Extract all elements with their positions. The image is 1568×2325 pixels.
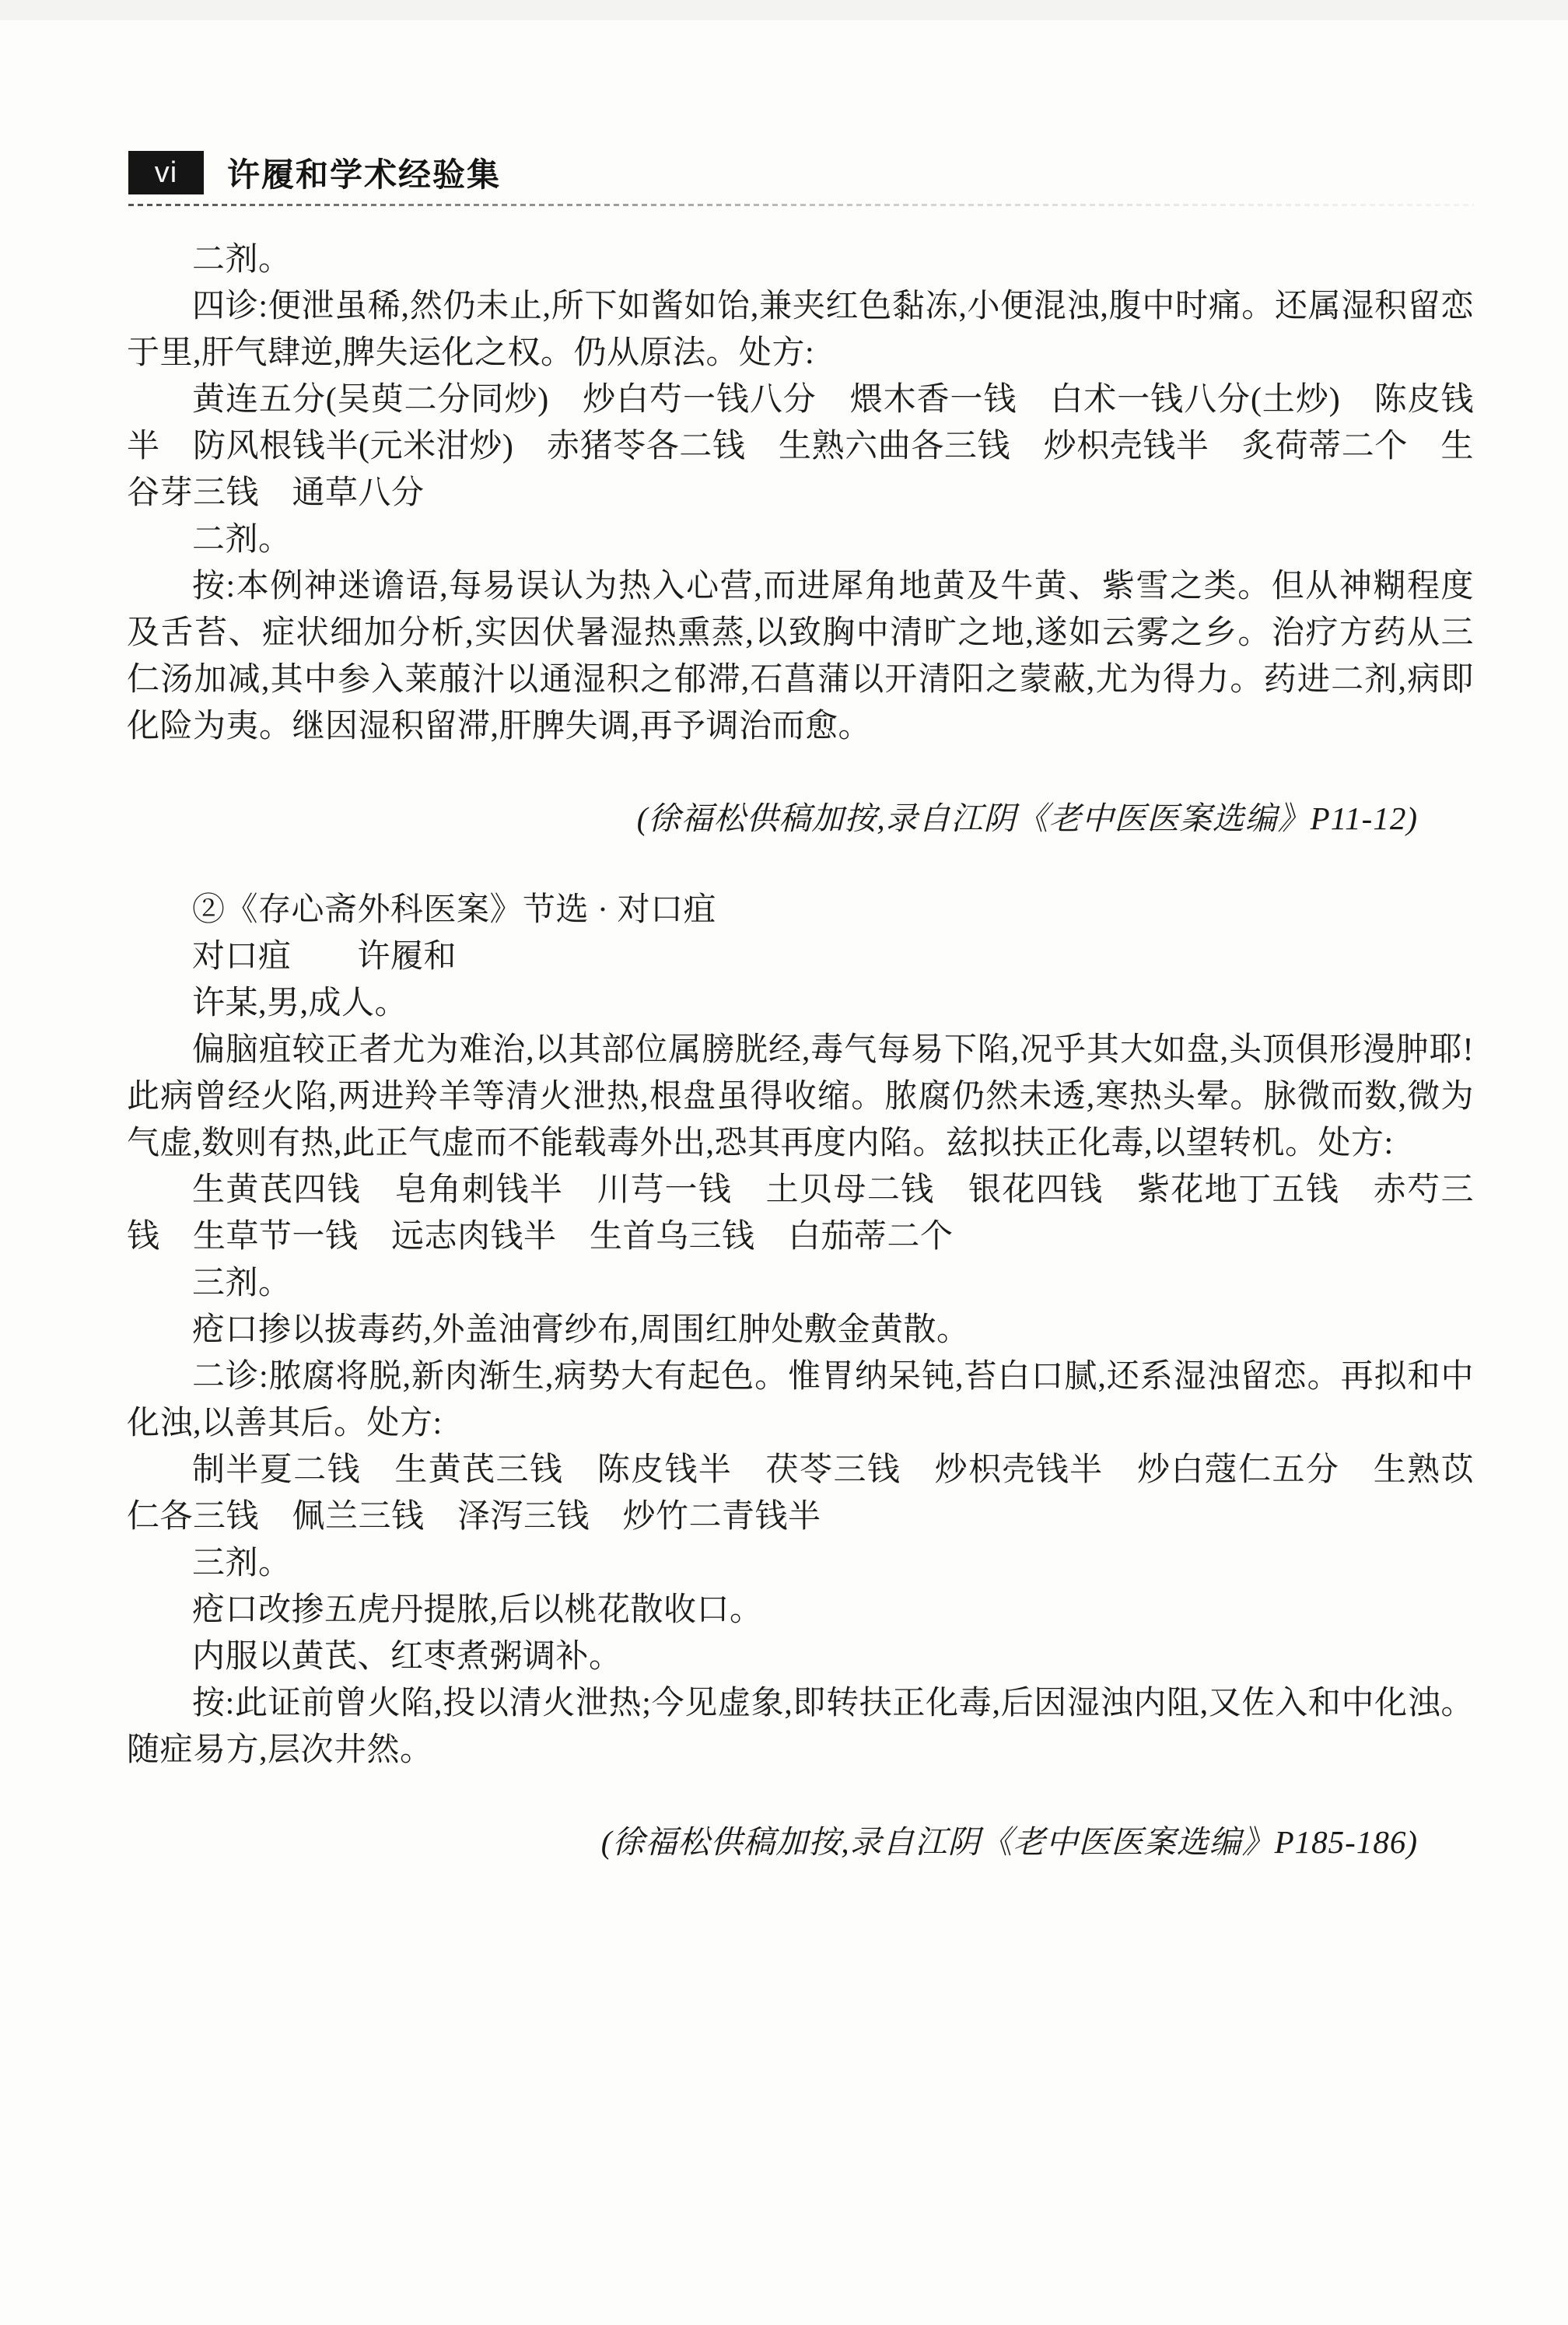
page-number: vi (155, 158, 177, 187)
prescription-3: 制半夏二钱 生黄芪三钱 陈皮钱半 茯苓三钱 炒枳壳钱半 炒白蔻仁五分 生熟苡仁各… (127, 1447, 1474, 1540)
page-number-badge: vi (128, 151, 204, 194)
case-title-line: 对口疽 许履和 (127, 933, 1474, 980)
book-title: 许履和学术经验集 (227, 149, 501, 196)
para-second-visit: 二诊:脓腐将脱,新肉渐生,病势大有起色。惟胃纳呆钝,苔白口腻,还系湿浊留恋。再拟… (127, 1353, 1474, 1447)
section-heading-case-2: ②《存心斋外科医案》节选 · 对口疽 (127, 887, 1474, 933)
page-header: vi 许履和学术经验集 (128, 149, 1474, 206)
external-treatment-1: 疮口掺以拔毒药,外盖油膏纱布,周围红肿处敷金黄散。 (127, 1307, 1474, 1353)
prescription-2: 生黄芪四钱 皂角刺钱半 川芎一钱 土贝母二钱 银花四钱 紫花地丁五钱 赤芍三钱 … (127, 1167, 1474, 1260)
prescription-1: 黄连五分(吴萸二分同炒) 炒白芍一钱八分 煨木香一钱 白术一钱八分(土炒) 陈皮… (127, 376, 1474, 516)
commentary-2: 按:此证前曾火陷,投以清火泄热;今见虚象,即转扶正化毒,后因湿浊内阻,又佐入和中… (127, 1680, 1474, 1774)
scan-edge-artifact (0, 0, 1568, 20)
citation-2: (徐福松供稿加按,录自江阴《老中医医案选编》P185-186) (127, 1819, 1474, 1865)
case-description: 偏脑疽较正者尤为难治,以其部位属膀胱经,毒气每易下陷,况乎其大如盘,头顶俱形漫肿… (127, 1027, 1474, 1167)
commentary-1: 按:本例神迷谵语,每易误认为热入心营,而进犀角地黄及牛黄、紫雪之类。但从神糊程度… (127, 563, 1474, 750)
para-two-doses-1: 二剂。 (127, 236, 1474, 283)
para-two-doses-2: 二剂。 (127, 516, 1474, 563)
para-fourth-visit: 四诊:便泄虽稀,然仍未止,所下如酱如饴,兼夹红色黏冻,小便混浊,腹中时痛。还属湿… (127, 283, 1474, 376)
para-three-doses-1: 三剂。 (127, 1260, 1474, 1307)
external-treatment-2: 疮口改掺五虎丹提脓,后以桃花散收口。 (127, 1587, 1474, 1633)
internal-tonic: 内服以黄芪、红枣煮粥调补。 (127, 1633, 1474, 1680)
citation-1: (徐福松供稿加按,录自江阴《老中医医案选编》P11-12) (127, 795, 1474, 842)
page-body: 二剂。 四诊:便泄虽稀,然仍未止,所下如酱如饴,兼夹红色黏冻,小便混浊,腹中时痛… (127, 204, 1474, 1910)
patient-info: 许某,男,成人。 (127, 980, 1474, 1027)
para-three-doses-2: 三剂。 (127, 1540, 1474, 1587)
